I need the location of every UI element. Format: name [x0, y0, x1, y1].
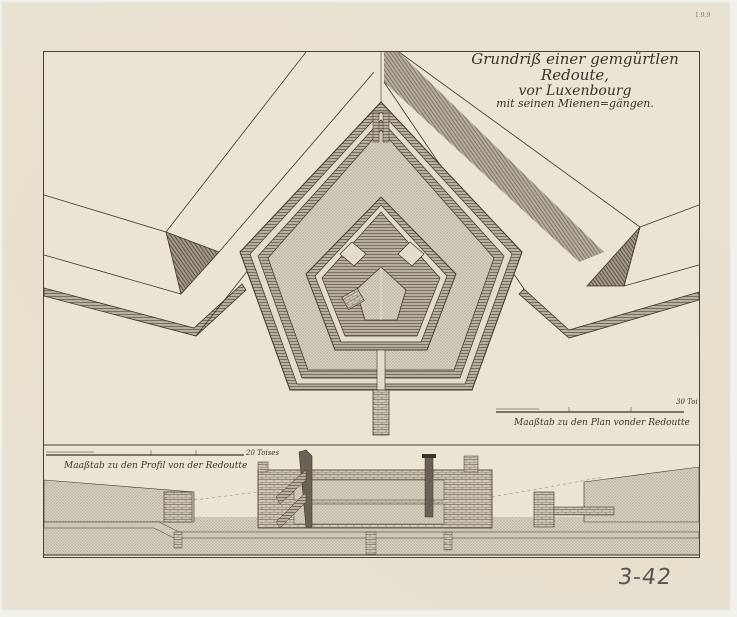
inventory-number: 3-42 [616, 565, 673, 590]
plan-scale-label: Maaßtab zu den Plan vonder Redoutte [514, 418, 690, 428]
title-line-1: Grundriß einer gemgürtlen Redoute, [455, 52, 695, 84]
profile-scale-unit: 20 Toises [246, 449, 279, 457]
plan-scale-unit: 30 Toi [676, 398, 698, 406]
corner-mark: 1.9.9 [695, 12, 710, 19]
plan-scale-bar [496, 407, 684, 412]
title-line-2: vor Luxenbourg [455, 84, 695, 99]
plan-title: Grundriß einer gemgürtlen Redoute, vor L… [455, 52, 695, 110]
title-line-3: mit seinen Mienen=gängen. [455, 98, 695, 110]
fortification-drawing [44, 52, 699, 557]
profile-scale-bar [46, 450, 244, 455]
engraving-plate: Maaßtab zu den Plan vonder Redoutte 30 T… [43, 51, 700, 558]
profile-scale-label: Maaßtab zu den Profil von der Redoutte [64, 461, 247, 471]
